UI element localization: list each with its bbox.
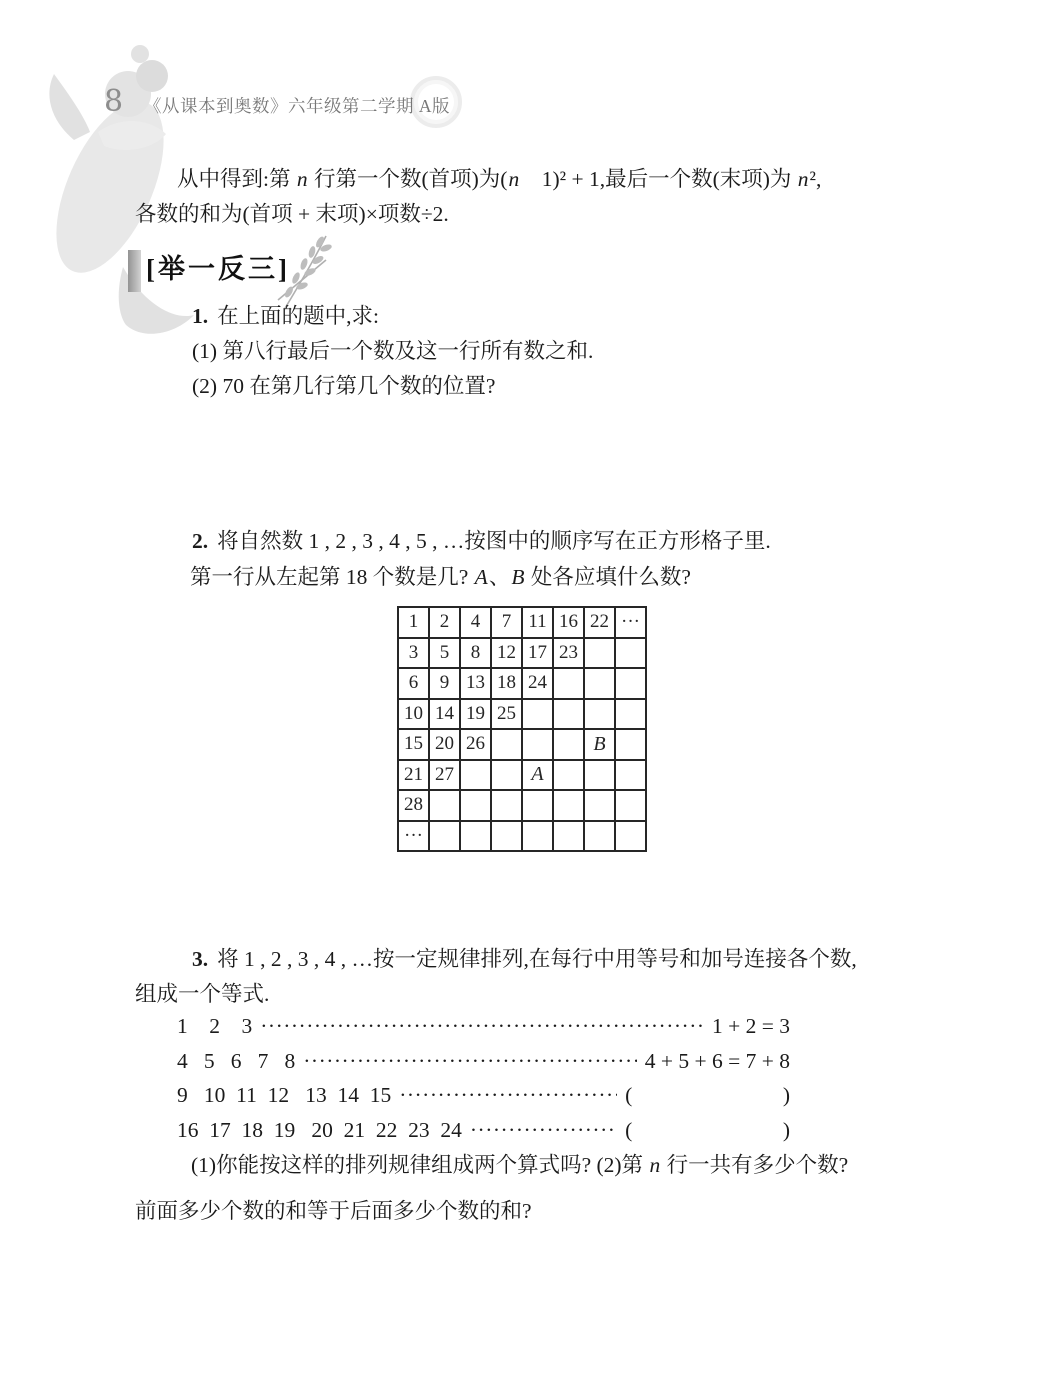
grid-cell: 22	[584, 607, 615, 638]
equation-row-2: 4 5 6 7 8 ······························…	[177, 1049, 790, 1084]
grid-cell: ···	[615, 607, 646, 638]
grid-cell: B	[584, 729, 615, 760]
grid-cell	[584, 699, 615, 730]
grid-cell: 21	[398, 760, 429, 791]
grid-cell: 15	[398, 729, 429, 760]
intro-line1: 从中得到:第 n 行第一个数(首项)为(n 1)² + 1,最后一个数(末项)为…	[177, 163, 821, 196]
grid-cell: 8	[460, 638, 491, 669]
grid-cell: 1	[398, 607, 429, 638]
grid-cell	[522, 790, 553, 821]
grid-cell	[584, 760, 615, 791]
grid-cell	[584, 790, 615, 821]
grid-row: 28	[398, 790, 646, 821]
grid-cell	[491, 821, 522, 852]
number-grid: 1247111622···358121723691318241014192515…	[397, 606, 647, 852]
grid-cell	[429, 821, 460, 852]
grid-cell	[615, 821, 646, 852]
grid-cell	[522, 729, 553, 760]
page-number: 8	[104, 84, 123, 119]
grid-row: 152026B	[398, 729, 646, 760]
book-title: 《从课本到奥数》六年级第二学期 A版	[144, 93, 450, 118]
grid-cell	[615, 790, 646, 821]
grid-cell: 10	[398, 699, 429, 730]
grid-cell: 19	[460, 699, 491, 730]
grid-cell	[615, 668, 646, 699]
problem-3-question1: (1)你能按这样的排列规律组成两个算式吗? (2)第 n 行一共有多少个数?	[191, 1148, 848, 1179]
grid-cell: 13	[460, 668, 491, 699]
grid-row: ···	[398, 821, 646, 852]
problem-3-line1: 3.将 1 , 2 , 3 , 4 , …按一定规律排列,在每行中用等号和加号连…	[192, 942, 857, 973]
problem-2-number: 2.	[192, 529, 208, 553]
dot-leader: ········································…	[399, 1083, 617, 1108]
grid-cell	[491, 790, 522, 821]
equation-numbers: 9 10 11 12 13 14 15	[177, 1083, 391, 1108]
grid-cell: 14	[429, 699, 460, 730]
grid-cell: 20	[429, 729, 460, 760]
grid-row: 358121723	[398, 638, 646, 669]
grid-cell: 3	[398, 638, 429, 669]
equation-numbers: 1 2 3	[177, 1014, 252, 1039]
grid-cell	[491, 729, 522, 760]
grid-row: 10141925	[398, 699, 646, 730]
textbook-page: 8 《从课本到奥数》六年级第二学期 A版 从中得到:第 n 行第一个数(首项)为…	[0, 0, 1040, 1394]
grid-row: 1247111622···	[398, 607, 646, 638]
grid-cell	[429, 790, 460, 821]
problem-2-line1: 2.将自然数 1 , 2 , 3 , 4 , 5 , …按图中的顺序写在正方形格…	[192, 524, 771, 555]
equation-result: 1 + 2 = 3	[712, 1014, 790, 1039]
problem-3-number: 3.	[192, 947, 208, 971]
grid-cell	[553, 760, 584, 791]
problem-1-part2: (2) 70 在第几行第几个数的位置?	[192, 369, 593, 404]
problem-3-line2: 组成一个等式.	[135, 977, 269, 1008]
dot-leader: ········································…	[303, 1049, 636, 1074]
grid-cell: 4	[460, 607, 491, 638]
grid-cell	[584, 638, 615, 669]
grid-cell	[491, 760, 522, 791]
grid-cell: 5	[429, 638, 460, 669]
problem-1: 1.在上面的题中,求: (1) 第八行最后一个数及这一行所有数之和. (2) 7…	[192, 299, 593, 405]
grid-cell	[615, 760, 646, 791]
grid-cell: 12	[491, 638, 522, 669]
grid-cell	[460, 760, 491, 791]
intro-line2: 各数的和为(首项 + 末项)×项数÷2.	[135, 198, 449, 231]
grid-cell: 6	[398, 668, 429, 699]
grid-cell: 24	[522, 668, 553, 699]
equation-row-3: 9 10 11 12 13 14 15 ····················…	[177, 1083, 790, 1118]
section-banner-label: [举一反三]	[146, 247, 290, 286]
grid-cell: 26	[460, 729, 491, 760]
grid-cell: 11	[522, 607, 553, 638]
grid-cell: 17	[522, 638, 553, 669]
grid-cell	[522, 699, 553, 730]
grid-cell	[460, 821, 491, 852]
equation-result-blank: ( )	[625, 1083, 790, 1108]
equation-numbers: 4 5 6 7 8	[177, 1049, 295, 1074]
grid-cell	[460, 790, 491, 821]
equation-result: 4 + 5 + 6 = 7 + 8	[645, 1049, 790, 1074]
equation-numbers: 16 17 18 19 20 21 22 23 24	[177, 1118, 462, 1143]
grid-cell	[553, 821, 584, 852]
grid-cell: 27	[429, 760, 460, 791]
grid-cell	[553, 699, 584, 730]
grid-cell: 2	[429, 607, 460, 638]
problem-1-prompt: 1.在上面的题中,求:	[192, 299, 593, 334]
grid-cell	[615, 729, 646, 760]
grid-cell	[615, 699, 646, 730]
dot-leader: ········································…	[260, 1014, 704, 1039]
grid-cell: 16	[553, 607, 584, 638]
grid-cell: 23	[553, 638, 584, 669]
grid-row: 69131824	[398, 668, 646, 699]
grid-cell: 7	[491, 607, 522, 638]
grid-cell	[615, 638, 646, 669]
grid-cell	[584, 668, 615, 699]
grid-cell: ···	[398, 821, 429, 852]
grid-cell	[584, 821, 615, 852]
grid-cell	[553, 729, 584, 760]
grid-cell	[553, 668, 584, 699]
grid-cell: 28	[398, 790, 429, 821]
equation-list: 1 2 3 ··································…	[177, 1014, 790, 1152]
problem-1-number: 1.	[192, 304, 208, 328]
equation-row-1: 1 2 3 ··································…	[177, 1014, 790, 1049]
grid-cell: 18	[491, 668, 522, 699]
problem-3-question2: 前面多少个数的和等于后面多少个数的和?	[135, 1194, 532, 1225]
problem-1-part1: (1) 第八行最后一个数及这一行所有数之和.	[192, 334, 593, 369]
grid-row: 2127A	[398, 760, 646, 791]
grid-cell: A	[522, 760, 553, 791]
grid-cell: 9	[429, 668, 460, 699]
equation-result-blank: ( )	[625, 1118, 790, 1143]
banner-accent-bar	[128, 250, 141, 292]
grid-cell	[553, 790, 584, 821]
grid-cell: 25	[491, 699, 522, 730]
dot-leader: ········································…	[470, 1118, 617, 1143]
problem-2-line2: 第一行从左起第 18 个数是几? A、B 处各应填什么数?	[190, 560, 691, 591]
grid-cell	[522, 821, 553, 852]
